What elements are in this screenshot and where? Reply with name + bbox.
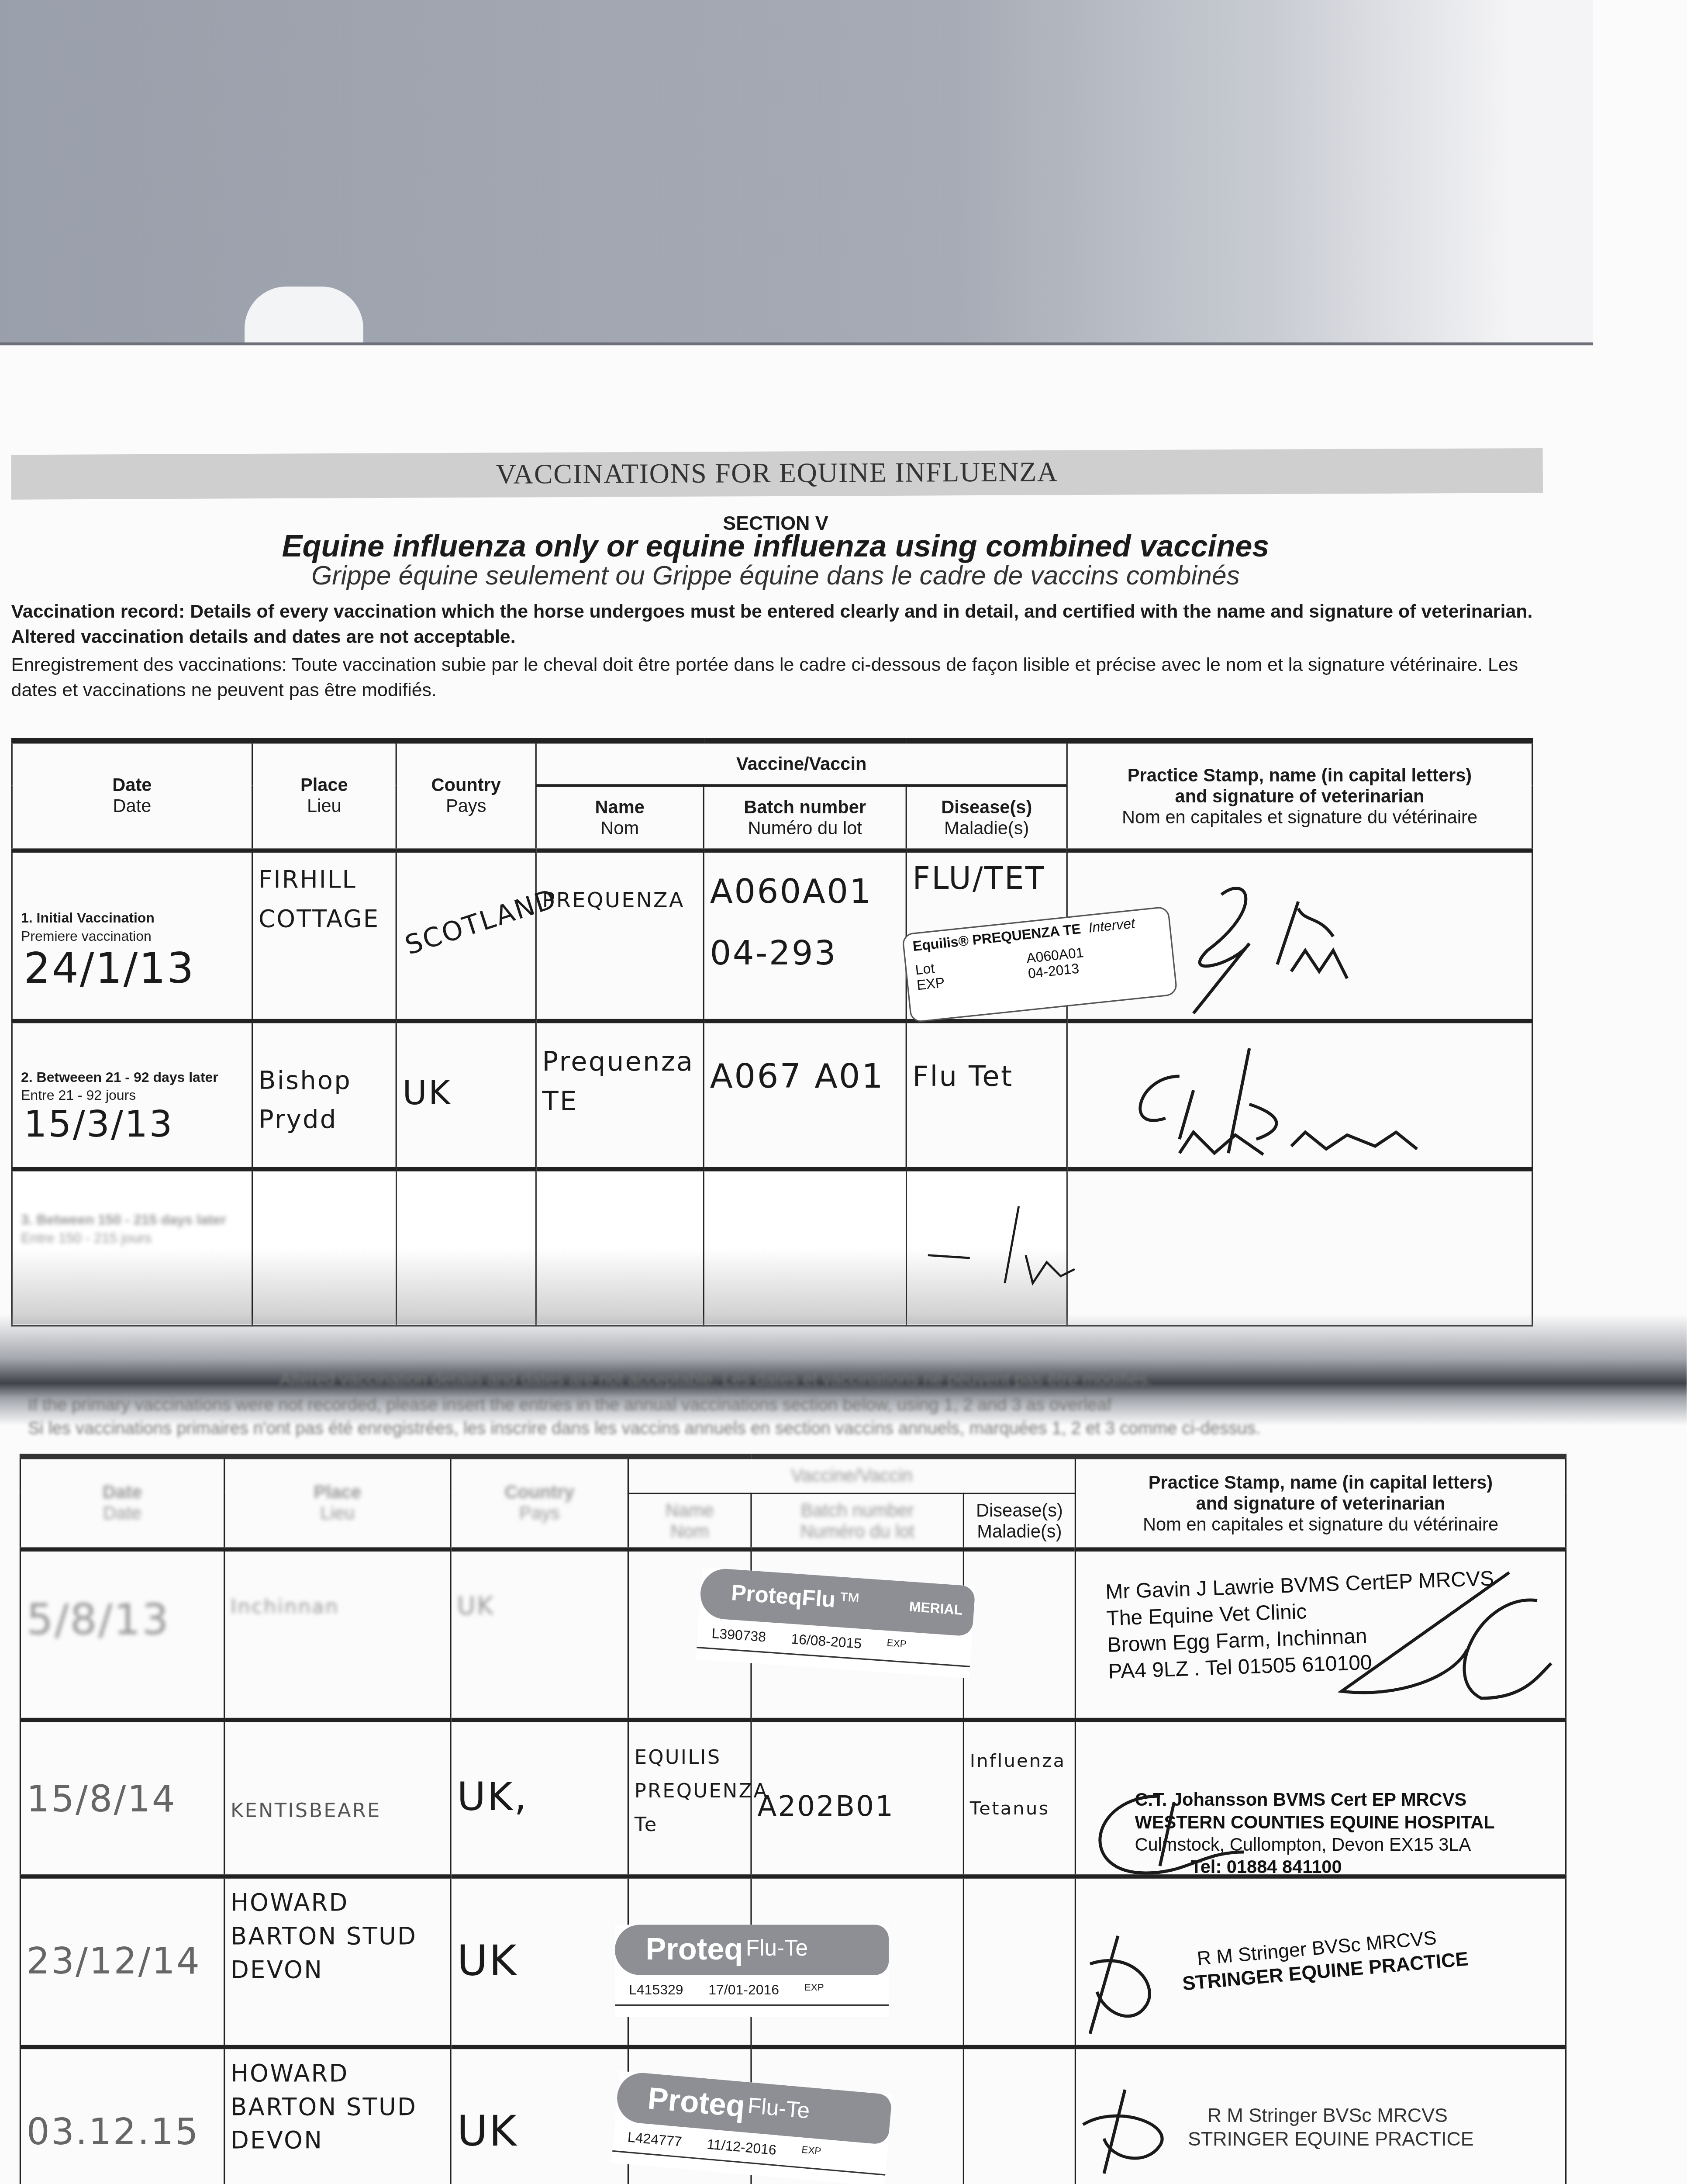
signature-icon (1096, 1033, 1459, 1173)
section-banner: VACCINATIONS FOR EQUINE INFLUENZA (11, 448, 1543, 500)
signature-icon (1076, 1789, 1258, 1887)
cell-vaccine-name (536, 1168, 704, 1325)
signature-icon (1166, 866, 1445, 1019)
header-disease: Disease(s)Maladie(s) (963, 1493, 1075, 1549)
header-place: PlaceLieu (224, 1456, 451, 1548)
cell-date: 23/12/14 (20, 1876, 224, 2046)
cell-country: UK, (451, 1719, 628, 1876)
cell-country: UK (396, 1020, 536, 1168)
cell-place: Inchinnan (224, 1549, 451, 1719)
cell-country: UK (451, 2046, 628, 2184)
header-batch: Batch numberNuméro du lot (751, 1493, 963, 1549)
signature-icon (1076, 2083, 1188, 2181)
cell-batch: A060A01 04-293 (704, 850, 906, 1020)
header-name: NameNom (628, 1493, 751, 1549)
cell-country (396, 1168, 536, 1325)
header-country: CountryPays (396, 741, 536, 850)
header-practice: Practice Stamp, name (in capital letters… (1075, 1456, 1566, 1548)
banner-title: VACCINATIONS FOR EQUINE INFLUENZA (496, 456, 1058, 491)
header-country: CountryPays (451, 1456, 628, 1548)
header-place: PlaceLieu (252, 741, 397, 850)
signature-icon (1076, 1929, 1188, 2041)
header-practice: Practice Stamp, name (in capital letters… (1067, 741, 1532, 850)
header-date: DateDate (20, 1456, 224, 1548)
cell-place: KENTISBEARE (224, 1719, 451, 1876)
cell-vaccine-name: Prequenza TE (536, 1020, 704, 1168)
annual-note-1: Altered vaccination details and dates ar… (279, 1370, 1152, 1389)
cell-practice-signature (1067, 1168, 1532, 1325)
header-vaccine-group: Vaccine/Vaccin (628, 1456, 1075, 1493)
cell-place: HOWARD BARTON STUD DEVON (224, 1876, 451, 2046)
scan-shadow (0, 0, 1593, 345)
practice-stamp-stringer: R M Stringer BVSc MRCVS STRINGER EQUINE … (1188, 2104, 1474, 2151)
annual-note-2: If the primary vaccinations were not rec… (28, 1395, 1111, 1415)
cell-batch (704, 1168, 906, 1325)
cell-place: HOWARD BARTON STUD DEVON (224, 2046, 451, 2184)
cell-disease (963, 1876, 1075, 2046)
header-date: DateDate (12, 741, 252, 850)
cell-vaccine-name: PREQUENZA (536, 850, 704, 1020)
cell-practice-signature (1067, 1020, 1532, 1168)
table-row: 2. Betweeen 21 - 92 days later Entre 21 … (12, 1020, 1532, 1168)
header-batch: Batch numberNuméro du lot (704, 785, 906, 850)
intro-fr: Enregistrement des vaccinations: Toute v… (11, 653, 1549, 703)
cell-place (252, 1168, 397, 1325)
intro-en: Vaccination record: Details of every vac… (11, 600, 1549, 650)
cell-batch: A067 A01 (704, 1020, 906, 1168)
vaccine-sticker-proteq-flu-te: ProteqFlu-Te L41532917/01-2016EXP (615, 1925, 889, 2017)
cell-place: Bishop Prydd (252, 1020, 397, 1168)
header-name: NameNom (536, 785, 704, 850)
cell-disease (963, 2046, 1075, 2184)
cell-country: UK (451, 1876, 628, 2046)
heading-en: Equine influenza only or equine influenz… (0, 529, 1551, 565)
cell-date: 5/8/13 (20, 1549, 224, 1719)
table-row: 3. Between 150 - 215 days later Entre 15… (12, 1168, 1532, 1325)
cell-disease: Flu Tet (906, 1020, 1067, 1168)
cell-vaccine-name: EQUILIS PREQUENZA Te (628, 1719, 751, 1876)
cell-disease (963, 1549, 1075, 1719)
handwritten-date: 24/1/13 (24, 944, 252, 993)
faint-signature-icon (914, 1199, 1194, 1310)
cell-country: SCOTLAND (396, 850, 536, 1020)
signature-icon (1258, 1565, 1565, 1705)
header-disease: Disease(s)Maladie(s) (906, 785, 1067, 850)
cell-place: FIRHILL COTTAGE (252, 850, 397, 1020)
heading-fr: Grippe équine seulement ou Grippe équine… (0, 562, 1551, 592)
vaccine-sticker-proteqflu: ProteqFlu™MERIAL L39073816/08-2015EXP (696, 1567, 975, 1678)
cell-date: 2. Betweeen 21 - 92 days later Entre 21 … (12, 1020, 252, 1168)
cell-date: 03.12.15 (20, 2046, 224, 2184)
cell-country: UK (451, 1549, 628, 1719)
cell-date: 15/8/14 (20, 1719, 224, 1876)
cell-batch: A202B01 (751, 1719, 963, 1876)
table-row: 1. Initial Vaccination Premiere vaccinat… (12, 850, 1532, 1020)
scanned-page: VACCINATIONS FOR EQUINE INFLUENZA SECTIO… (0, 0, 1687, 2184)
cell-disease: Influenza Tetanus (963, 1719, 1075, 1876)
annual-note-3: Si les vaccinations primaires n'ont pas … (28, 1419, 1260, 1438)
cell-date: 3. Between 150 - 215 days later Entre 15… (12, 1168, 252, 1325)
cell-date: 1. Initial Vaccination Premiere vaccinat… (12, 850, 252, 1020)
header-vaccine-group: Vaccine/Vaccin (536, 741, 1067, 785)
primary-vaccination-table: DateDate PlaceLieu CountryPays Vaccine/V… (11, 738, 1533, 1326)
